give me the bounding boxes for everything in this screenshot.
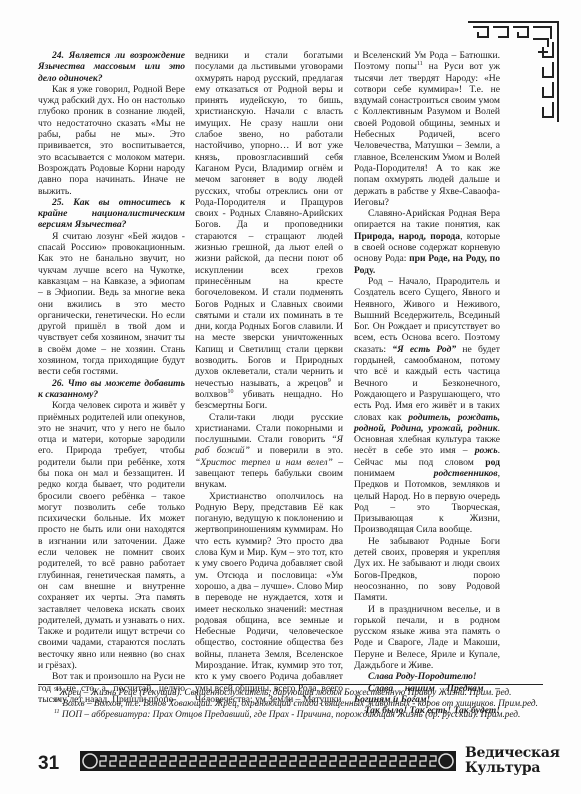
text-run: ведники и стали богатыми посулами да льс…: [195, 50, 343, 389]
answer-25: Я считаю лозунг «Бей жидов - спасай Росс…: [38, 231, 185, 378]
magazine-logo: Ведическая Культура: [465, 745, 555, 779]
footnote-9: 9 Жрец – Жизнь Реце (Рекущий). Священнос…: [38, 688, 548, 699]
body-paragraph: Не забывают Родные Боги детей своих, про…: [354, 536, 500, 604]
body-paragraph: Христианство ополчилось на Родную Веру, …: [195, 491, 343, 706]
answer-26-paragraph: Когда человек сирота и живёт у приёмных …: [38, 400, 185, 671]
quote-italic: “Христос терпел и нам велел”: [195, 457, 333, 468]
footnote-text: ПОП – аббревиатура: Прах Отцов Предавший…: [62, 710, 520, 720]
body-paragraph: и Вселенский Ум Рода – Батюшки. Поэтому …: [354, 50, 500, 208]
footnotes: 9 Жрец – Жизнь Реце (Рекущий). Священнос…: [38, 688, 548, 722]
body-paragraph: Стали-таки люди русские христианами. Ста…: [195, 412, 343, 491]
body-paragraph: Славяно-Арийская Родная Вера опирается н…: [354, 208, 500, 276]
text-run: Славяно-Арийская Родная Вера опирается н…: [354, 208, 500, 230]
text-run: Стали-таки люди русские христианами. Ста…: [195, 412, 343, 446]
bold-term: род: [485, 457, 500, 468]
footnote-number: 9: [54, 687, 57, 693]
column-2: ведники и стали богатыми посулами да льс…: [195, 50, 343, 705]
body-paragraph: И в праздничном веселье, и в горькой печ…: [354, 604, 500, 672]
footnote-divider: [38, 684, 543, 685]
footnote-10: 10 Волхв – Волхов, т.е. Волов Ховающий. …: [38, 699, 548, 710]
footnote-text: Жрец – Жизнь Реце (Рекущий). Священнослу…: [59, 688, 511, 698]
logo-line-2: Культура: [465, 760, 540, 776]
bold-italic-term: рожь: [475, 445, 498, 456]
answer-24: Как я уже говорил, Родной Вере чужд рабс…: [38, 84, 185, 197]
text-run: и поверили в это.: [250, 445, 343, 456]
footnote-11: 11 ПОП – аббревиатура: Прах Отцов Предав…: [38, 710, 548, 721]
footnote-number: 10: [54, 698, 60, 704]
page-number: 31: [38, 753, 59, 775]
text-run: понимаем: [354, 468, 434, 479]
ornament-band-icon: [80, 751, 456, 771]
text-run: на Руси вот уж тысячи лет твердят Народу…: [354, 61, 500, 208]
question-25: 25. Как вы относитесь к крайне национали…: [38, 197, 185, 231]
body-paragraph: Род – Начало, Прародитель и Создатель вс…: [354, 276, 500, 536]
question-24: 24. Является ли возрождение Язычества ма…: [38, 50, 185, 84]
slogan: Слава Роду-Породителю!: [354, 671, 500, 682]
column-1: 24. Является ли возрождение Язычества ма…: [38, 50, 185, 705]
question-26: 26. Что вы можете добавить к сказанному?: [38, 378, 185, 401]
bold-italic-term: родственников: [434, 468, 498, 479]
bold-italic-term: “Я есть Род”: [392, 344, 456, 355]
footnote-text: Волхв – Волхов, т.е. Волов Ховающий. Жре…: [62, 699, 538, 709]
logo-line-1: Ведическая: [465, 745, 560, 761]
column-3: и Вселенский Ум Рода – Батюшки. Поэтому …: [354, 50, 500, 717]
body-paragraph: ведники и стали богатыми посулами да льс…: [195, 50, 343, 412]
footnote-number: 11: [54, 709, 60, 715]
bold-term: Природа, народ, порода: [354, 231, 460, 242]
